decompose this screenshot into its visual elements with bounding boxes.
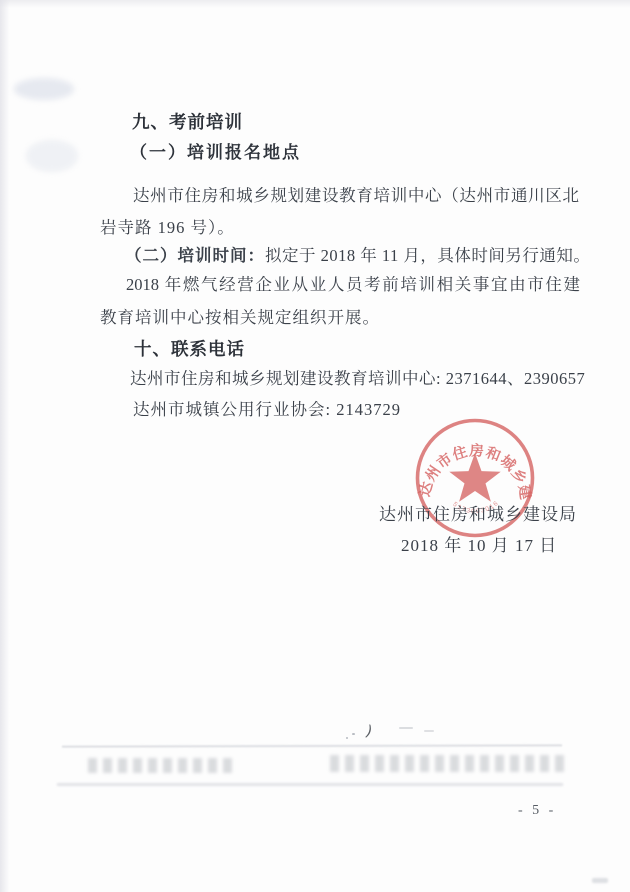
para1-line1: 达州市住房和城乡规划建设教育培训中心（达州市通川区北 bbox=[133, 186, 579, 207]
scan-smudge bbox=[14, 78, 74, 100]
scan-smudge bbox=[26, 140, 78, 172]
para2-line2: 教育培训中心按相关规定组织开展。 bbox=[100, 308, 380, 329]
scan-corner-mark bbox=[592, 878, 608, 883]
para2-line1: 2018 年燃气经营企业从业人员考前培训相关事宜由市住建 bbox=[126, 275, 580, 296]
phone-line-association: 达州市城镇公用行业协会: 2143729 bbox=[133, 400, 401, 421]
bleedthrough-rule-line bbox=[57, 783, 563, 786]
section-9-sub1-heading: （一）培训报名地点 bbox=[130, 142, 301, 163]
para-training-time: （二）培训时间：拟定于 2018 年 11 月，具体时间另行通知。 bbox=[125, 246, 590, 267]
scanned-document-page: 九、考前培训 （一）培训报名地点 达州市住房和城乡规划建设教育培训中心（达州市通… bbox=[0, 0, 630, 892]
scan-edge-shadow-left bbox=[0, 0, 10, 892]
bleedthrough-text-band bbox=[88, 758, 238, 773]
scan-edge-shadow-top bbox=[0, 0, 630, 8]
bleedthrough-rule-line bbox=[62, 744, 562, 747]
training-time-value: 拟定于 2018 年 11 月，具体时间另行通知。 bbox=[265, 246, 590, 265]
ink-speck bbox=[346, 737, 348, 739]
training-time-label: （二）培训时间： bbox=[125, 246, 265, 265]
section-9-heading: 九、考前培训 bbox=[132, 112, 243, 134]
para1-line2: 岩寺路 196 号）。 bbox=[100, 218, 235, 239]
issue-date: 2018 年 10 月 17 日 bbox=[401, 531, 557, 556]
ink-tick-artifact: ) bbox=[363, 722, 374, 741]
bleedthrough-text-band bbox=[330, 755, 566, 772]
ink-speck bbox=[399, 727, 413, 729]
phone-line-training-center: 达州市住房和城乡规划建设教育培训中心: 2371644、2390657 bbox=[130, 369, 585, 390]
ink-speck bbox=[352, 733, 355, 735]
ink-speck bbox=[424, 730, 434, 732]
issuer-signature: 达州市住房和城乡建设局 bbox=[379, 500, 577, 525]
page-number: - 5 - bbox=[518, 803, 556, 819]
section-10-heading: 十、联系电话 bbox=[134, 339, 245, 361]
